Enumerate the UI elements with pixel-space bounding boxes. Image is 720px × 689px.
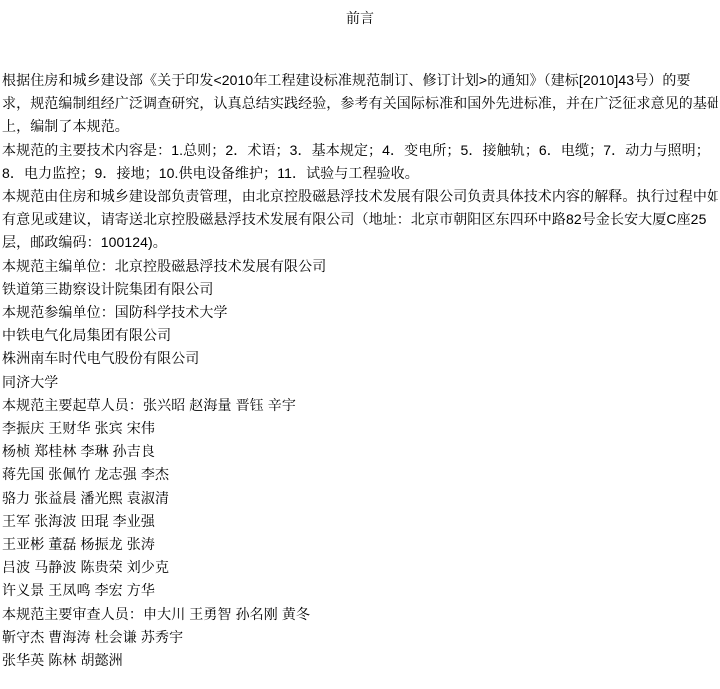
reviewers-line: 靳守杰 曹海涛 杜会谦 苏秀宇 xyxy=(2,626,718,649)
para-contents-line: 本规范的主要技术内容是：1.总则；2．术语；3．基本规定；4．变电所；5．接触轨… xyxy=(2,139,718,162)
drafters-line: 李振庆 王财华 张宾 宋伟 xyxy=(2,417,718,440)
drafters-line: 王军 张海波 田琨 李业强 xyxy=(2,510,718,533)
participating-org-line: 同济大学 xyxy=(2,371,718,394)
reviewers-line: 本规范主要审查人员：申大川 王勇智 孙名刚 黄冬 xyxy=(2,603,718,626)
drafters-line: 骆力 张益晨 潘光熙 袁淑清 xyxy=(2,487,718,510)
para-basis-line: 上，编制了本规范。 xyxy=(2,115,718,138)
para-management-line: 有意见或建议，请寄送北京控股磁悬浮技术发展有限公司（地址：北京市朝阳区东四环中路… xyxy=(2,208,718,231)
drafters-line: 王亚彬 董磊 杨振龙 张涛 xyxy=(2,533,718,556)
para-basis-line: 根据住房和城乡建设部《关于印发<2010年工程建设标准规范制订、修订计划>的通知… xyxy=(2,69,718,92)
reviewers-line: 张华英 陈林 胡懿洲 xyxy=(2,649,718,672)
participating-org-line: 中铁电气化局集团有限公司 xyxy=(2,324,718,347)
para-contents-line: 8．电力监控；9．接地；10.供电设备维护；11．试验与工程验收。 xyxy=(2,162,718,185)
drafters-line: 许义景 王凤鸣 李宏 方华 xyxy=(2,579,718,602)
drafters-line: 杨桢 郑桂林 李琳 孙吉良 xyxy=(2,440,718,463)
para-basis-line: 求，规范编制组经广泛调查研究，认真总结实践经验，参考有关国际标准和国外先进标准，… xyxy=(2,92,718,115)
document-body: 根据住房和城乡建设部《关于印发<2010年工程建设标准规范制订、修订计划>的通知… xyxy=(0,69,720,672)
chief-editor-org-line: 本规范主编单位：北京控股磁悬浮技术发展有限公司 xyxy=(2,255,718,278)
chief-editor-org-line: 铁道第三勘察设计院集团有限公司 xyxy=(2,278,718,301)
drafters-line: 吕波 马静波 陈贵荣 刘少克 xyxy=(2,556,718,579)
document-page: 前言 根据住房和城乡建设部《关于印发<2010年工程建设标准规范制订、修订计划>… xyxy=(0,0,720,689)
participating-org-line: 株洲南车时代电气股份有限公司 xyxy=(2,347,718,370)
page-title: 前言 xyxy=(0,0,720,28)
drafters-line: 本规范主要起草人员：张兴昭 赵海量 晋钰 辛宇 xyxy=(2,394,718,417)
drafters-line: 蒋先国 张佩竹 龙志强 李杰 xyxy=(2,463,718,486)
participating-org-line: 本规范参编单位：国防科学技术大学 xyxy=(2,301,718,324)
para-management-line: 本规范由住房和城乡建设部负责管理，由北京控股磁悬浮技术发展有限公司负责具体技术内… xyxy=(2,185,718,208)
para-management-line: 层，邮政编码：100124)。 xyxy=(2,231,718,254)
